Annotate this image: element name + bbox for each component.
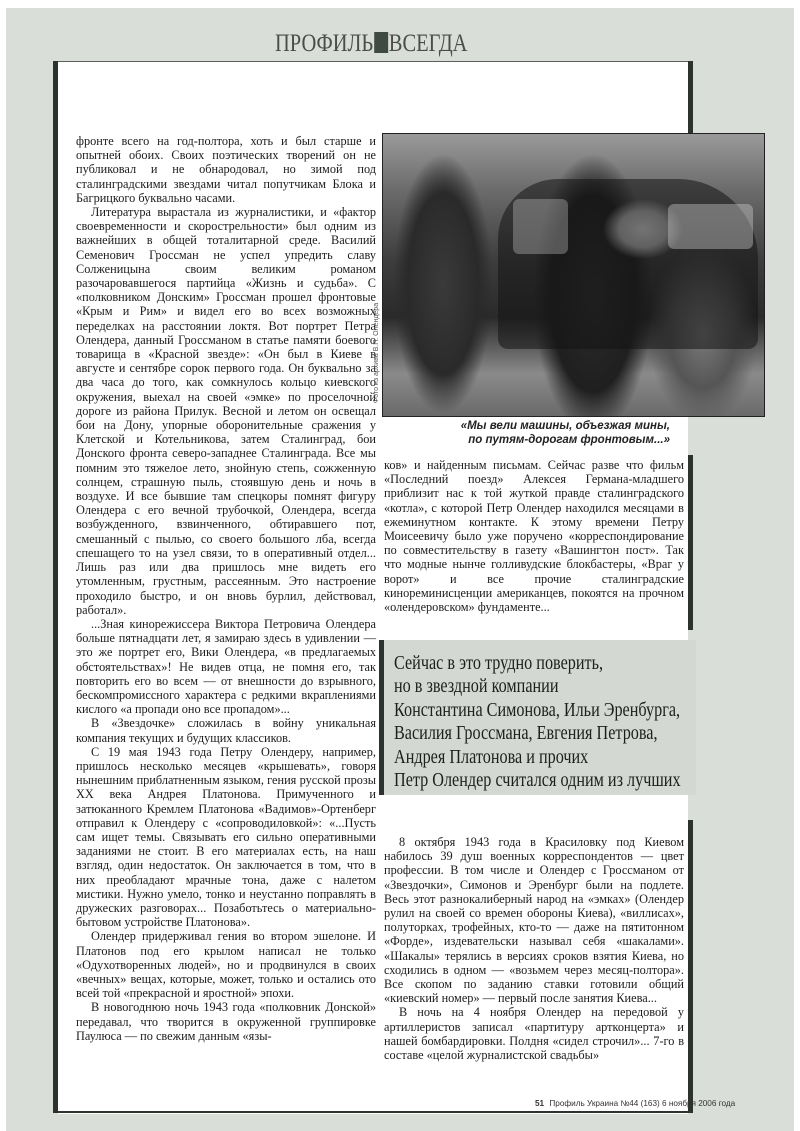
frame-left-border [53,61,58,1113]
paragraph: В ночь на 4 ноября Олендер на передовой … [384,1005,684,1062]
brand-logo: ПРОФИЛЬВСЕГДА [275,30,467,58]
frame-right-border [688,61,693,133]
photo-credit: Фото из архива В.П. Олендера [373,278,383,428]
photo-caption: «Мы вели машины, объезжая мины, по путям… [400,419,670,447]
pull-quote-line: Сейчас в это трудно поверить, [394,652,643,675]
page-number: 51 [535,1099,544,1108]
paragraph: В новогоднюю ночь 1943 года «полковник Д… [76,1000,376,1043]
paragraph: Олендер придерживал гения во втором эшел… [76,929,376,1000]
paragraph: ков» и найденным письмам. Сейчас разве ч… [384,458,684,614]
paragraph: ...Зная кинорежиссера Виктора Петровича … [76,617,376,716]
pull-quote: Сейчас в это трудно поверить, но в звезд… [394,652,643,792]
paragraph: 8 октября 1943 года в Красиловку под Кие… [384,835,684,1005]
article-photo [382,133,765,417]
frame-right-border [688,455,693,630]
brand-left: ПРОФИЛЬ [275,30,373,57]
paragraph: Литература вырастала из журналистики, и … [76,205,376,617]
paragraph: С 19 мая 1943 года Петру Олендеру, напри… [76,745,376,930]
paragraph: фронте всего на год-полтора, хоть и был … [76,134,376,205]
article-column-left: фронте всего на год-полтора, хоть и был … [76,134,376,1043]
caption-line: по путям-дорогам фронтовым...» [400,433,670,447]
frame-right-border [688,820,693,1113]
frame-bottom-border [53,1111,693,1113]
pull-quote-line: но в звездной компании [394,675,643,698]
page-footer: 51 Профиль Украина №44 (163) 6 ноября 20… [535,1099,785,1108]
pull-quote-line: Андрея Платонова и прочих [394,746,643,769]
paragraph: В «Звездочке» сложилась в войну уникальн… [76,716,376,744]
pull-quote-line: Василия Гроссмана, Евгения Петрова, [394,722,643,745]
caption-line: «Мы вели машины, объезжая мины, [400,419,670,433]
article-column-right-top: ков» и найденным письмам. Сейчас разве ч… [384,458,684,614]
brand-mark-icon [374,32,388,53]
article-column-right-bottom: 8 октября 1943 года в Красиловку под Кие… [384,835,684,1062]
photo-window-shape [513,199,568,254]
pull-quote-line: Константина Симонова, Ильи Эренбурга, [394,699,643,722]
publication-info: Профиль Украина №44 (163) 6 ноября 2006 … [549,1099,735,1108]
pull-quote-line: Петр Олендер считался одним из лучших [394,769,643,792]
right-margin-panel [693,455,794,1115]
photo-window-shape [668,204,753,249]
brand-right: ВСЕГДА [389,30,468,57]
